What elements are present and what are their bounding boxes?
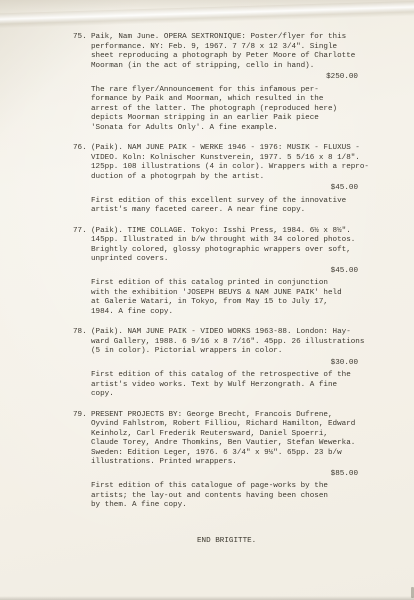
item-price: $85.00 [91, 470, 358, 480]
listing-item-78: 78. (Paik). NAM JUNE PAIK - VIDEO WORKS … [73, 328, 393, 400]
item-number: 78. [73, 328, 91, 338]
paper-top-shade [0, 0, 414, 12]
item-heading: (Paik). NAM JUNE PAIK - VIDEO WORKS 1963… [91, 328, 373, 357]
item-heading: (Paik). NAM JUNE PAIK - WERKE 1946 - 197… [91, 144, 373, 182]
paper-crease [0, 0, 414, 29]
item-number: 77. [73, 227, 91, 237]
item-body: PRESENT PROJECTS BY: George Brecht, Fran… [91, 411, 373, 511]
item-price: $30.00 [91, 359, 358, 369]
item-note: First edition of this catalog of the ret… [91, 371, 373, 400]
item-price: $45.00 [91, 184, 358, 194]
listing-item-75: 75. Paik, Nam June. OPERA SEXTRONIQUE: P… [73, 33, 393, 133]
item-heading: (Paik). TIME COLLAGE. Tokyo: Isshi Press… [91, 227, 373, 265]
item-number: 75. [73, 33, 91, 43]
listing-item-76: 76. (Paik). NAM JUNE PAIK - WERKE 1946 -… [73, 144, 393, 216]
scan-bottom-edge [0, 596, 414, 600]
item-number: 79. [73, 411, 91, 421]
item-note: First edition of this excellent survey o… [91, 197, 373, 216]
item-heading: PRESENT PROJECTS BY: George Brecht, Fran… [91, 411, 373, 468]
item-body: (Paik). NAM JUNE PAIK - WERKE 1946 - 197… [91, 144, 373, 216]
item-body: (Paik). NAM JUNE PAIK - VIDEO WORKS 1963… [91, 328, 373, 400]
listing-item-79: 79. PRESENT PROJECTS BY: George Brecht, … [73, 411, 393, 511]
scanned-catalog-page: 75. Paik, Nam June. OPERA SEXTRONIQUE: P… [0, 0, 414, 600]
item-body: Paik, Nam June. OPERA SEXTRONIQUE: Poste… [91, 33, 373, 133]
item-note: First edition of this catalog printed in… [91, 279, 373, 317]
end-note: END BRIGITTE. [197, 537, 256, 547]
catalog-listings: 75. Paik, Nam June. OPERA SEXTRONIQUE: P… [73, 33, 393, 522]
item-note: First edition of this catalogue of page-… [91, 482, 373, 511]
item-price: $45.00 [91, 267, 358, 277]
item-heading: Paik, Nam June. OPERA SEXTRONIQUE: Poste… [91, 33, 373, 71]
listing-item-77: 77. (Paik). TIME COLLAGE. Tokyo: Isshi P… [73, 227, 393, 318]
item-body: (Paik). TIME COLLAGE. Tokyo: Isshi Press… [91, 227, 373, 318]
item-price: $250.00 [91, 73, 358, 83]
item-note: The rare flyer/Announcement for this inf… [91, 86, 373, 134]
item-number: 76. [73, 144, 91, 154]
